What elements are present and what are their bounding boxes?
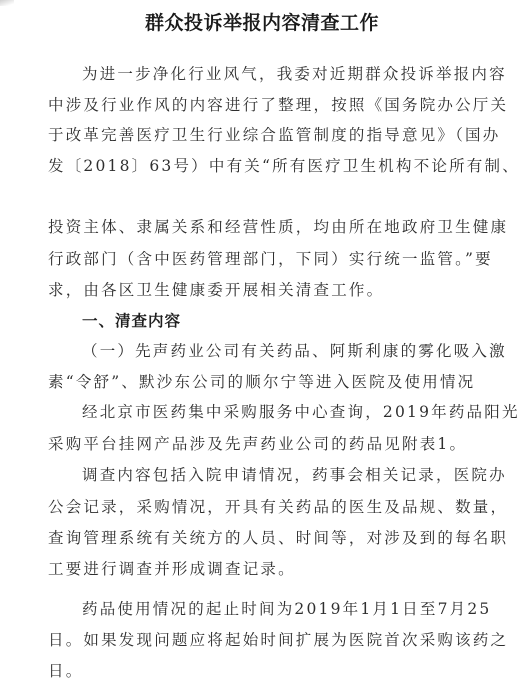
paragraph-line: 日。 (48, 661, 500, 681)
document-title: 群众投诉举报内容清查工作 (0, 8, 524, 35)
paragraph-line: 为进一步净化行业风气，我委对近期群众投诉举报内容 (82, 64, 502, 84)
page-corner-shadow (0, 0, 14, 6)
paragraph-line: 中涉及行业作风的内容进行了整理，按照《国务院办公厅关 (48, 95, 500, 115)
paragraph-line: 工要进行调查并形成调查记录。 (48, 559, 500, 579)
paragraph-line: 药品使用情况的起止时间为2019年1月1日至7月25 (82, 599, 502, 619)
paragraph-line: 采购平台挂网产品涉及先声药业公司的药品见附表1。 (48, 434, 500, 454)
paragraph-line: 经北京市医药集中采购服务中心查询，2019年药品阳光 (82, 402, 502, 422)
paragraph-line: 公会记录，采购情况，开具有关药品的医生及品规、数量， (48, 497, 500, 517)
paragraph-line: 投资主体、隶属关系和经营性质，均由所在地政府卫生健康 (48, 217, 500, 237)
document-page: 群众投诉举报内容清查工作 为进一步净化行业风气，我委对近期群众投诉举报内容 中涉… (0, 0, 524, 690)
section-heading: 一、清查内容 (82, 311, 502, 331)
paragraph-line: 素“令舒”、默沙东公司的顺尔宁等进入医院及使用情况 (48, 372, 500, 392)
paragraph-line: 于改革完善医疗卫生行业综合监管制度的指导意见》（国办 (48, 125, 500, 145)
paragraph-line: 行政部门（含中医药管理部门，下同）实行统一监管。”要 (48, 249, 500, 269)
paragraph-line: 求，由各区卫生健康委开展相关清查工作。 (48, 280, 500, 300)
paragraph-line: 发〔2018〕63号）中有关“所有医疗卫生机构不论所有制、 (48, 156, 500, 176)
paragraph-line: 查询管理系统有关统方的人员、时间等，对涉及到的每名职 (48, 528, 500, 548)
paragraph-line: 日。如果发现问题应将起始时间扩展为医院首次采购该药之 (48, 630, 500, 650)
paragraph-line: （一）先声药业公司有关药品、阿斯利康的雾化吸入激 (82, 341, 502, 361)
paragraph-line: 调查内容包括入院申请情况，药事会相关记录，医院办 (82, 465, 502, 485)
